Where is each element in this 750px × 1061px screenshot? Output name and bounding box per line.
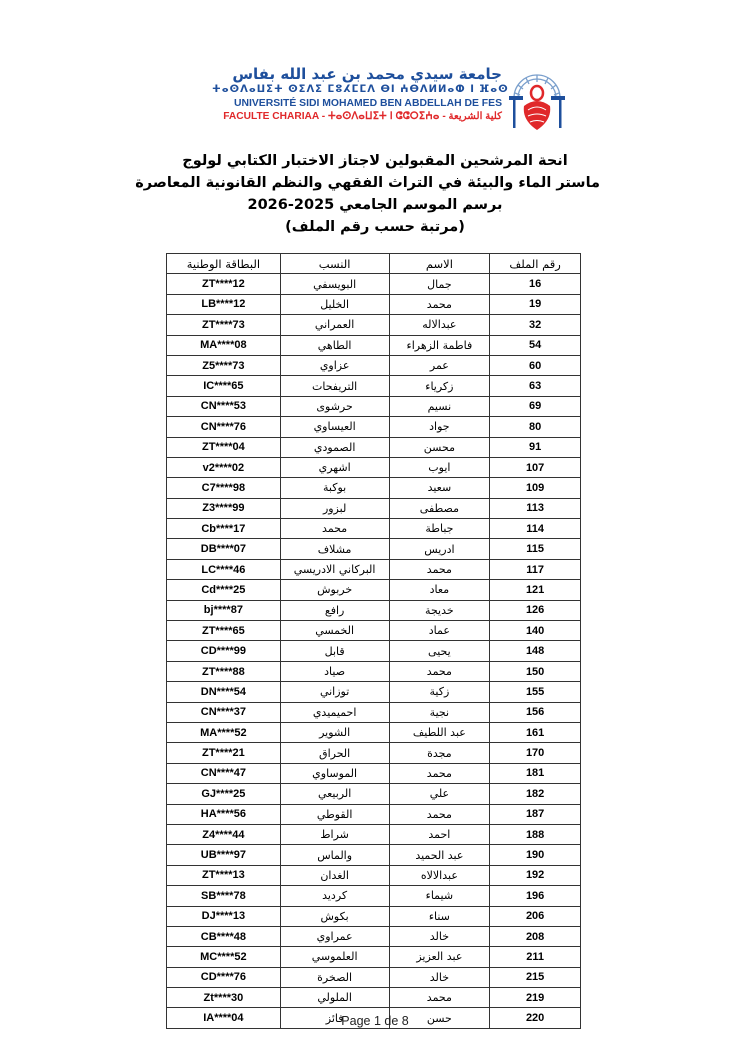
cell-national-id: C7****98 <box>167 478 281 498</box>
cell-national-id: ZT****12 <box>167 274 281 294</box>
header-first-name: الاسم <box>389 254 490 274</box>
title-line-4: (مرتبة حسب رقم الملف) <box>150 216 600 238</box>
cell-last-name: العيساوي <box>280 417 389 437</box>
cell-national-id: ZT****13 <box>167 865 281 885</box>
cell-national-id: ZT****21 <box>167 743 281 763</box>
cell-file-number: 60 <box>490 355 581 375</box>
cell-file-number: 161 <box>490 722 581 742</box>
cell-national-id: ZT****88 <box>167 661 281 681</box>
cell-file-number: 32 <box>490 315 581 335</box>
candidates-table: رقم الملف الاسم النسب البطاقة الوطنية 16… <box>166 253 581 1029</box>
cell-last-name: عمراوي <box>280 926 389 946</box>
cell-file-number: 121 <box>490 580 581 600</box>
cell-national-id: Z3****99 <box>167 498 281 518</box>
cell-first-name: نسيم <box>389 396 490 416</box>
cell-file-number: 80 <box>490 417 581 437</box>
header-last-name: النسب <box>280 254 389 274</box>
university-name-french: UNIVERSITÉ SIDI MOHAMED BEN ABDELLAH DE … <box>212 97 502 110</box>
cell-file-number: 69 <box>490 396 581 416</box>
table-row: 208خالدعمراويCB****48 <box>167 926 581 946</box>
cell-file-number: 109 <box>490 478 581 498</box>
cell-last-name: العلموسي <box>280 947 389 967</box>
header-national-id: البطاقة الوطنية <box>167 254 281 274</box>
cell-first-name: جباطة <box>389 519 490 539</box>
cell-last-name: مشلاف <box>280 539 389 559</box>
cell-national-id: Z5****73 <box>167 355 281 375</box>
cell-file-number: 206 <box>490 906 581 926</box>
table-row: 117محمدالبركاني الادريسيLC****46 <box>167 559 581 579</box>
cell-last-name: شراط <box>280 824 389 844</box>
cell-first-name: عماد <box>389 621 490 641</box>
cell-last-name: صياد <box>280 661 389 681</box>
cell-last-name: بوكبة <box>280 478 389 498</box>
table-row: 215خالدالصخرةCD****76 <box>167 967 581 987</box>
cell-national-id: GJ****25 <box>167 784 281 804</box>
cell-last-name: اشهري <box>280 457 389 477</box>
cell-file-number: 114 <box>490 519 581 539</box>
cell-national-id: MA****08 <box>167 335 281 355</box>
cell-file-number: 63 <box>490 376 581 396</box>
cell-file-number: 107 <box>490 457 581 477</box>
cell-last-name: الغدان <box>280 865 389 885</box>
cell-national-id: IC****65 <box>167 376 281 396</box>
cell-last-name: رافع <box>280 600 389 620</box>
cell-first-name: ايوب <box>389 457 490 477</box>
cell-last-name: الشوير <box>280 722 389 742</box>
cell-national-id: ZT****04 <box>167 437 281 457</box>
table-row: 16جمالالبويسفيZT****12 <box>167 274 581 294</box>
cell-national-id: DJ****13 <box>167 906 281 926</box>
table-row: 32عبدالالهالعمرانيZT****73 <box>167 315 581 335</box>
cell-national-id: SB****78 <box>167 886 281 906</box>
cell-file-number: 208 <box>490 926 581 946</box>
table-row: 140عمادالخمسيZT****65 <box>167 621 581 641</box>
cell-national-id: CN****37 <box>167 702 281 722</box>
cell-first-name: زكية <box>389 682 490 702</box>
cell-last-name: الطاهي <box>280 335 389 355</box>
cell-file-number: 140 <box>490 621 581 641</box>
cell-first-name: عبدالاله <box>389 315 490 335</box>
cell-file-number: 126 <box>490 600 581 620</box>
cell-first-name: عبد العزيز <box>389 947 490 967</box>
table-row: 211عبد العزيزالعلموسيMC****52 <box>167 947 581 967</box>
cell-first-name: ادريس <box>389 539 490 559</box>
cell-first-name: سناء <box>389 906 490 926</box>
header-file-number: رقم الملف <box>490 254 581 274</box>
university-header: جامعة سيدي محمد بن عبد الله بفاس ⵜⴰⵙⴷⴰⵡⵉ… <box>212 66 572 128</box>
cell-national-id: CD****99 <box>167 641 281 661</box>
table-row: 156نجيةاحميميديCN****37 <box>167 702 581 722</box>
cell-last-name: القوطي <box>280 804 389 824</box>
cell-file-number: 155 <box>490 682 581 702</box>
title-line-2: ماستر الماء والبيئة في التراث الفقهي وال… <box>150 172 600 194</box>
cell-file-number: 181 <box>490 763 581 783</box>
cell-national-id: CN****53 <box>167 396 281 416</box>
table-header-row: رقم الملف الاسم النسب البطاقة الوطنية <box>167 254 581 274</box>
cell-first-name: خالد <box>389 967 490 987</box>
cell-file-number: 54 <box>490 335 581 355</box>
table-row: 121معادخربوشCd****25 <box>167 580 581 600</box>
cell-last-name: بكوش <box>280 906 389 926</box>
cell-file-number: 190 <box>490 845 581 865</box>
table-row: 126خديجةرافعbj****87 <box>167 600 581 620</box>
cell-file-number: 187 <box>490 804 581 824</box>
table-row: 150محمدصيادZT****88 <box>167 661 581 681</box>
cell-file-number: 91 <box>490 437 581 457</box>
cell-last-name: الحراق <box>280 743 389 763</box>
cell-national-id: Cb****17 <box>167 519 281 539</box>
cell-last-name: الملولي <box>280 988 389 1008</box>
cell-national-id: CN****76 <box>167 417 281 437</box>
cell-first-name: عبدالالاه <box>389 865 490 885</box>
cell-first-name: نجية <box>389 702 490 722</box>
cell-first-name: معاد <box>389 580 490 600</box>
cell-national-id: bj****87 <box>167 600 281 620</box>
cell-first-name: خالد <box>389 926 490 946</box>
cell-last-name: خربوش <box>280 580 389 600</box>
cell-first-name: جمال <box>389 274 490 294</box>
cell-first-name: محمد <box>389 661 490 681</box>
cell-last-name: البويسفي <box>280 274 389 294</box>
table-row: 190عبد الحميدوالماسUB****97 <box>167 845 581 865</box>
table-row: 155زكيةتوزانيDN****54 <box>167 682 581 702</box>
cell-national-id: CN****47 <box>167 763 281 783</box>
cell-last-name: توزاني <box>280 682 389 702</box>
cell-last-name: الصمودي <box>280 437 389 457</box>
cell-first-name: محمد <box>389 988 490 1008</box>
university-crest-icon <box>506 68 568 132</box>
table-row: 219محمدالملوليZt****30 <box>167 988 581 1008</box>
cell-national-id: v2****02 <box>167 457 281 477</box>
cell-last-name: لبزور <box>280 498 389 518</box>
cell-national-id: MA****52 <box>167 722 281 742</box>
table-row: 91محسنالصموديZT****04 <box>167 437 581 457</box>
cell-first-name: عبد اللطيف <box>389 722 490 742</box>
table-row: 80جوادالعيساويCN****76 <box>167 417 581 437</box>
cell-last-name: الصخرة <box>280 967 389 987</box>
cell-last-name: احميميدي <box>280 702 389 722</box>
table-row: 196شيماءكرديدSB****78 <box>167 886 581 906</box>
cell-national-id: Z4****44 <box>167 824 281 844</box>
cell-first-name: عمر <box>389 355 490 375</box>
cell-first-name: محمد <box>389 804 490 824</box>
cell-last-name: الخمسي <box>280 621 389 641</box>
table-row: 109سعيدبوكبةC7****98 <box>167 478 581 498</box>
cell-last-name: العمراني <box>280 315 389 335</box>
cell-last-name: عزاوي <box>280 355 389 375</box>
university-name-tifinagh: ⵜⴰⵙⴷⴰⵡⵉⵜ ⵙⵉⴷⵉ ⵎⵓⵃⵎⵎⴷ ⴱⵏ ⵄⴱⴷⵍⵍⴰⵀ ⵏ ⴼⴰⵙ <box>212 83 502 97</box>
cell-national-id: DN****54 <box>167 682 281 702</box>
table-row: 54فاطمة الزهراءالطاهيMA****08 <box>167 335 581 355</box>
cell-file-number: 117 <box>490 559 581 579</box>
table-row: 170مجدةالحراقZT****21 <box>167 743 581 763</box>
cell-file-number: 196 <box>490 886 581 906</box>
header-text-block: جامعة سيدي محمد بن عبد الله بفاس ⵜⴰⵙⴷⴰⵡⵉ… <box>212 66 502 123</box>
cell-first-name: شيماء <box>389 886 490 906</box>
cell-first-name: يحيى <box>389 641 490 661</box>
cell-file-number: 219 <box>490 988 581 1008</box>
table-row: 188احمدشراطZ4****44 <box>167 824 581 844</box>
cell-file-number: 19 <box>490 294 581 314</box>
cell-first-name: عبد الحميد <box>389 845 490 865</box>
table-row: 192عبدالالاهالغدانZT****13 <box>167 865 581 885</box>
cell-national-id: Zt****30 <box>167 988 281 1008</box>
cell-first-name: محمد <box>389 763 490 783</box>
table-row: 161عبد اللطيفالشويرMA****52 <box>167 722 581 742</box>
table-row: 19محمدالخليلLB****12 <box>167 294 581 314</box>
table-row: 63زكرياءالتريفحاتIC****65 <box>167 376 581 396</box>
table-row: 187محمدالقوطيHA****56 <box>167 804 581 824</box>
cell-national-id: ZT****73 <box>167 315 281 335</box>
table-row: 107ايوباشهريv2****02 <box>167 457 581 477</box>
cell-file-number: 192 <box>490 865 581 885</box>
cell-first-name: مجدة <box>389 743 490 763</box>
cell-file-number: 150 <box>490 661 581 681</box>
cell-first-name: جواد <box>389 417 490 437</box>
university-name-arabic: جامعة سيدي محمد بن عبد الله بفاس <box>212 66 502 83</box>
cell-national-id: LC****46 <box>167 559 281 579</box>
cell-file-number: 170 <box>490 743 581 763</box>
cell-national-id: DB****07 <box>167 539 281 559</box>
cell-last-name: والماس <box>280 845 389 865</box>
cell-national-id: ZT****65 <box>167 621 281 641</box>
cell-last-name: الموساوي <box>280 763 389 783</box>
cell-first-name: خديجة <box>389 600 490 620</box>
document-title: انحة المرشحين المقبولين لاجتاز الاختبار … <box>150 150 600 238</box>
cell-file-number: 182 <box>490 784 581 804</box>
cell-national-id: MC****52 <box>167 947 281 967</box>
cell-file-number: 148 <box>490 641 581 661</box>
table-row: 181محمدالموساويCN****47 <box>167 763 581 783</box>
cell-national-id: CD****76 <box>167 967 281 987</box>
cell-last-name: الربيعي <box>280 784 389 804</box>
table-row: 182عليالربيعيGJ****25 <box>167 784 581 804</box>
cell-first-name: مصطفى <box>389 498 490 518</box>
cell-first-name: زكرياء <box>389 376 490 396</box>
cell-national-id: CB****48 <box>167 926 281 946</box>
cell-file-number: 16 <box>490 274 581 294</box>
cell-last-name: البركاني الادريسي <box>280 559 389 579</box>
table-row: 113مصطفىلبزورZ3****99 <box>167 498 581 518</box>
cell-first-name: محمد <box>389 294 490 314</box>
cell-national-id: Cd****25 <box>167 580 281 600</box>
cell-first-name: محسن <box>389 437 490 457</box>
cell-file-number: 211 <box>490 947 581 967</box>
title-line-1: انحة المرشحين المقبولين لاجتاز الاختبار … <box>150 150 600 172</box>
title-line-3: برسم الموسم الجامعي 2025-2026 <box>150 194 600 216</box>
cell-national-id: UB****97 <box>167 845 281 865</box>
cell-first-name: محمد <box>389 559 490 579</box>
table-row: 148يحيىقابلCD****99 <box>167 641 581 661</box>
page-number: Page 1 de 8 <box>0 1014 750 1028</box>
table-row: 114جباطةمحمدCb****17 <box>167 519 581 539</box>
cell-national-id: HA****56 <box>167 804 281 824</box>
table-body: 16جمالالبويسفيZT****1219محمدالخليلLB****… <box>167 274 581 1028</box>
cell-file-number: 156 <box>490 702 581 722</box>
cell-national-id: LB****12 <box>167 294 281 314</box>
table-row: 206سناءبكوشDJ****13 <box>167 906 581 926</box>
cell-first-name: علي <box>389 784 490 804</box>
table-row: 69نسيمحرشوىCN****53 <box>167 396 581 416</box>
cell-last-name: الخليل <box>280 294 389 314</box>
cell-first-name: احمد <box>389 824 490 844</box>
table-row: 115ادريسمشلافDB****07 <box>167 539 581 559</box>
cell-first-name: فاطمة الزهراء <box>389 335 490 355</box>
cell-last-name: التريفحات <box>280 376 389 396</box>
cell-last-name: حرشوى <box>280 396 389 416</box>
cell-file-number: 215 <box>490 967 581 987</box>
cell-first-name: سعيد <box>389 478 490 498</box>
cell-file-number: 115 <box>490 539 581 559</box>
table-row: 60عمرعزاويZ5****73 <box>167 355 581 375</box>
faculty-name: FACULTE CHARIAA - ⵜⴰⵙⴷⴰⵡⵉⵜ ⵏ ⵛⵛⵔⵉⵄⴰ - كل… <box>212 110 502 123</box>
cell-last-name: كرديد <box>280 886 389 906</box>
cell-last-name: محمد <box>280 519 389 539</box>
cell-file-number: 113 <box>490 498 581 518</box>
cell-file-number: 188 <box>490 824 581 844</box>
cell-last-name: قابل <box>280 641 389 661</box>
